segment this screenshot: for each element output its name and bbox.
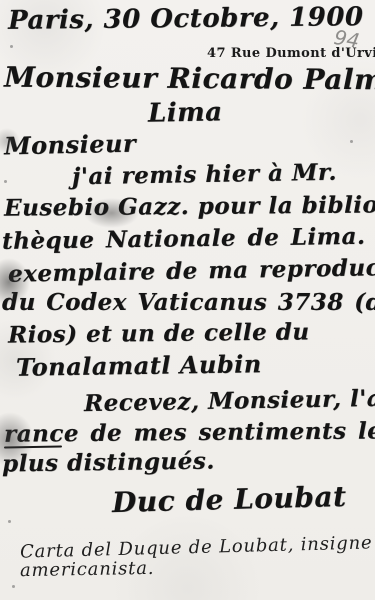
paper-speck <box>350 140 353 143</box>
closing-line: plus distingués. <box>2 448 215 478</box>
body-line: j'ai remis hier à Mr. <box>72 159 337 191</box>
closing-line: rance de mes sentiments les <box>4 417 375 447</box>
paper-speck <box>12 585 15 588</box>
body-line: Tonalamatl Aubin <box>16 349 262 381</box>
body-line: Rios) et un de celle du <box>8 318 310 348</box>
paper-speck <box>10 45 13 48</box>
recipient-name: Monsieur Ricardo Palma <box>4 61 375 97</box>
body-line: thèque Nationale de Lima. un <box>2 222 375 255</box>
dateline: Paris, 30 Octobre, 1900 <box>8 2 364 36</box>
body-line: du Codex Vaticanus 3738 (del <box>2 289 375 316</box>
paper-speck <box>4 180 7 183</box>
archival-annotation-line: Carta del Duque de Loubat, insigne <box>20 532 373 562</box>
signature: Duc de Loubat <box>112 480 347 519</box>
recipient-city: Lima <box>148 97 223 128</box>
closing-line: Recevez, Monsieur, l'assu- <box>84 384 375 417</box>
letter-page: Paris, 30 Octobre, 1900 94 47 Rue Dumont… <box>0 0 375 600</box>
body-line: Eusebio Gazz. pour la biblio- <box>4 191 375 221</box>
body-line: exemplaire de ma reproduction <box>8 253 375 287</box>
archival-annotation-line: americanista. <box>20 558 155 581</box>
paper-speck <box>8 520 11 523</box>
letterhead-address: 47 Rue Dumont d'Urville <box>207 46 375 61</box>
ink-underline-stroke <box>4 445 62 448</box>
salutation: Monsieur <box>4 129 137 161</box>
